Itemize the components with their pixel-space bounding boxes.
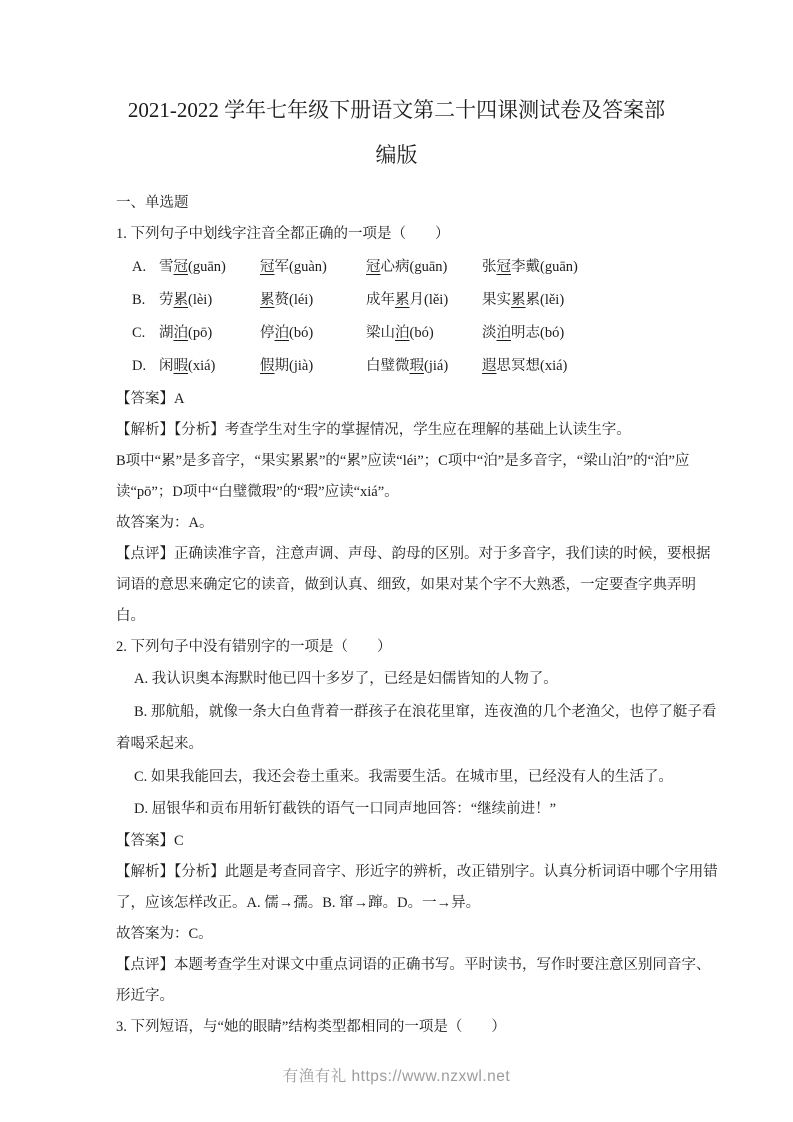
section-heading: 一、单选题 [116,188,723,219]
q1-option-c-cell1: 湖泊(pō) [159,317,260,350]
q1-option-b-label: B. [132,284,159,317]
q1-stem: 1. 下列句子中划线字注音全都正确的一项是（ ） [116,219,723,250]
q1-option-d-cell1: 闲暇(xiá) [159,350,260,383]
q1-options: A. 雪冠(guān) 冠军(guàn) 冠心病(guān) 张冠李戴(guān… [116,251,723,383]
page-title: 2021-2022 学年七年级下册语文第二十四课测试卷及答案部 编版 [70,88,723,178]
q1-option-c-cell4: 淡泊明志(bó) [482,317,723,350]
q1-option-a-label: A. [132,251,159,284]
q2-option-c: C. 如果我能回去，我还会卷土重来。我需要生活。在城市里，已经没有人的生活了。 [116,761,723,794]
q1-analysis-line2: B项中“累”是多音字，“果实累累”的“累”应读“léi”；C项中“泊”是多音字，… [116,446,723,508]
q2-option-d: D. 屈银华和贡布用斩钉截铁的语气一口同声地回答：“继续前进！” [116,793,723,826]
q2-option-b: B. 那航船，就像一条大白鱼背着一群孩子在浪花里窜，连夜渔的几个老渔父，也停了艇… [116,696,723,761]
q1-option-row-d: D. 闲暇(xiá) 假期(jià) 白璧微瑕(jiá) 遐思冥想(xiá) [116,350,723,383]
footer-watermark: 有渔有礼 https://www.nzxwl.net [0,1064,793,1086]
q1-answer-line: 【答案】A [116,384,723,415]
q1-option-a-cell2: 冠军(guàn) [260,251,366,284]
q1-option-a-cell4: 张冠李戴(guān) [482,251,723,284]
q1-conclusion-line: 故答案为：A。 [116,508,723,539]
q1-option-d-cell3: 白璧微瑕(jiá) [366,350,482,383]
q1-option-row-c: C. 湖泊(pō) 停泊(bó) 梁山泊(bó) 淡泊明志(bó) [116,317,723,350]
q2-stem: 2. 下列句子中没有错别字的一项是（ ） [116,632,723,663]
q2-option-a: A. 我认识奥本海默时他已四十多岁了，已经是妇儒皆知的人物了。 [116,663,723,696]
q3-stem: 3. 下列短语，与“她的眼睛”结构类型都相同的一项是（ ） [116,1012,723,1043]
q2-analysis-line1: 【解析】【分析】此题是考查同音字、形近字的辨析，改正错别字。认真分析词语中哪个字… [116,857,723,919]
q1-comment-line: 【点评】正确读准字音，注意声调、声母、韵母的区别。对于多音字，我们读的时候，要根… [116,539,723,632]
q1-option-d-cell4: 遐思冥想(xiá) [482,350,723,383]
q1-analysis-line1: 【解析】【分析】考查学生对生字的掌握情况，学生应在理解的基础上认读生字。 [116,415,723,446]
page-title-line1: 2021-2022 学年七年级下册语文第二十四课测试卷及答案部 [128,98,665,122]
q1-option-b-cell3: 成年累月(lěi) [366,284,482,317]
q1-option-b-cell1: 劳累(lèi) [159,284,260,317]
q1-option-a-cell1: 雪冠(guān) [159,251,260,284]
q1-option-c-label: C. [132,317,159,350]
q1-option-d-label: D. [132,350,159,383]
page-title-line2: 编版 [376,143,418,167]
q1-option-d-cell2: 假期(jià) [260,350,366,383]
document-page: 2021-2022 学年七年级下册语文第二十四课测试卷及答案部 编版 一、单选题… [0,0,793,1122]
q1-option-b-cell2: 累赘(léi) [260,284,366,317]
q2-comment-line: 【点评】本题考查学生对课文中重点词语的正确书写。平时读书，写作时要注意区别同音字… [116,950,723,1012]
q2-conclusion-line: 故答案为：C。 [116,919,723,950]
document-content: 2021-2022 学年七年级下册语文第二十四课测试卷及答案部 编版 一、单选题… [0,0,793,1043]
q1-option-c-cell3: 梁山泊(bó) [366,317,482,350]
q1-option-row-b: B. 劳累(lèi) 累赘(léi) 成年累月(lěi) 果实累累(lěi) [116,284,723,317]
q2-answer-line: 【答案】C [116,826,723,857]
q1-option-a-cell3: 冠心病(guān) [366,251,482,284]
q1-option-b-cell4: 果实累累(lěi) [482,284,723,317]
q1-option-row-a: A. 雪冠(guān) 冠军(guàn) 冠心病(guān) 张冠李戴(guān… [116,251,723,284]
q1-option-c-cell2: 停泊(bó) [260,317,366,350]
